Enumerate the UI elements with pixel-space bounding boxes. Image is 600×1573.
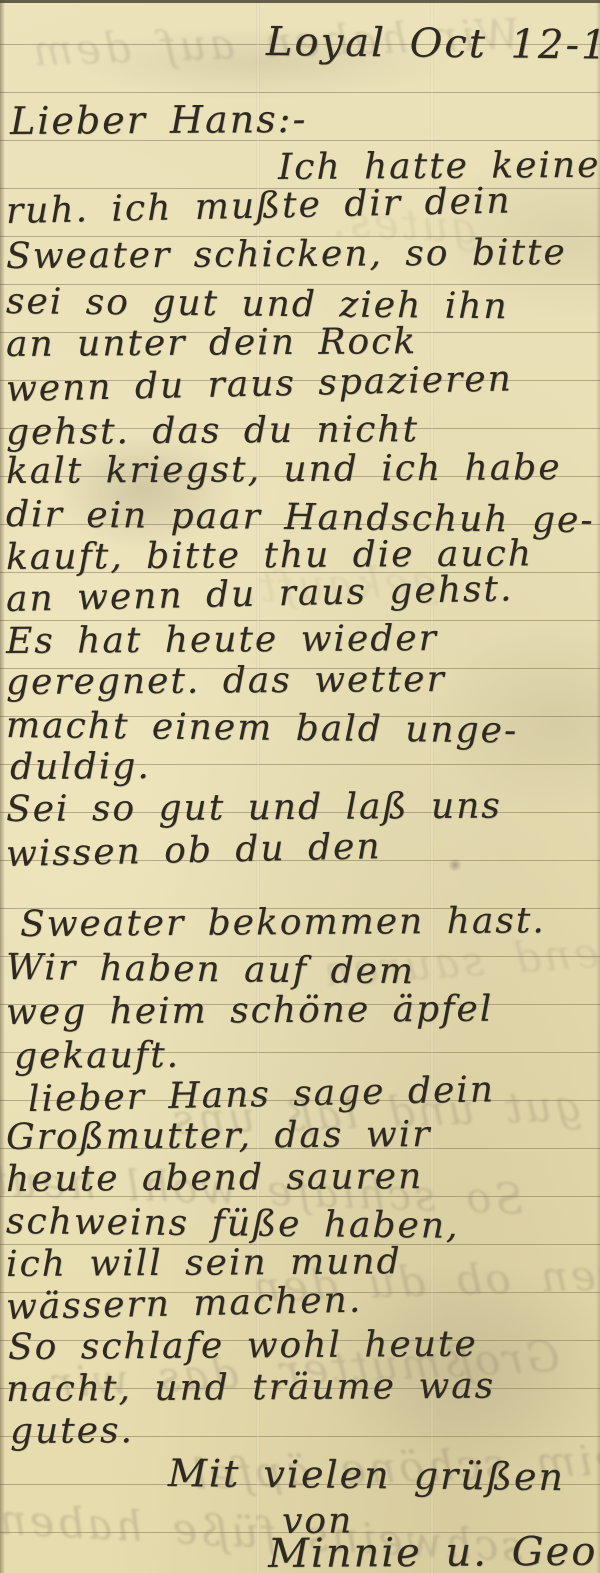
scan-edge-left: [0, 0, 5, 1573]
letter-line: gekauft.: [14, 1036, 180, 1077]
letter-line: an unter dein Rock: [6, 322, 417, 365]
letter-line: wissen ob du den: [6, 827, 382, 875]
letter-line: nacht, und träume was: [6, 1367, 495, 1411]
closing-line: Mit vielen grüßen: [168, 1452, 565, 1499]
letter-line: weg heim schöne äpfel: [6, 990, 494, 1034]
letter-line: macht einem bald unge-: [6, 706, 519, 752]
salutation: Lieber Hans:-: [10, 98, 308, 143]
letter-line: kalt kriegst, und ich habe: [6, 448, 562, 492]
letter-line: gutes.: [10, 1411, 134, 1452]
letter-page: Wir haben auf dem gutes. gekauft. heute …: [0, 0, 600, 1573]
letter-line: Wir haben auf dem: [6, 948, 415, 993]
letter-line: geregnet. das wetter: [6, 660, 446, 703]
scan-edge-right: [596, 0, 600, 1573]
letter-line: Großmutter, das wir: [6, 1115, 432, 1158]
letter-line: gehst. das du nicht: [6, 410, 419, 453]
letter-line: Sweater schicken, so bitte: [6, 233, 567, 277]
letter-line: duldig.: [10, 747, 151, 788]
letter-line: Sei so gut und laß uns: [6, 787, 502, 831]
letter-line: schweins füße haben,: [6, 1202, 460, 1247]
letter-line: So schlafe wohl heute: [8, 1325, 478, 1369]
letter-line: Es hat heute wieder: [6, 619, 438, 662]
letter-line: sei so gut und zieh ihn: [6, 282, 509, 328]
scan-edge-top: [0, 0, 600, 3]
letter-line: ich will sein mund: [6, 1242, 402, 1285]
dateline: Loyal Oct 12-1927: [266, 20, 600, 69]
letter-line: heute abend sauren: [6, 1157, 423, 1200]
letter-line: wässern machen.: [6, 1281, 363, 1329]
signature: Minnie u. Geo.: [268, 1530, 600, 1573]
letter-line: Sweater bekommen hast.: [20, 901, 546, 945]
